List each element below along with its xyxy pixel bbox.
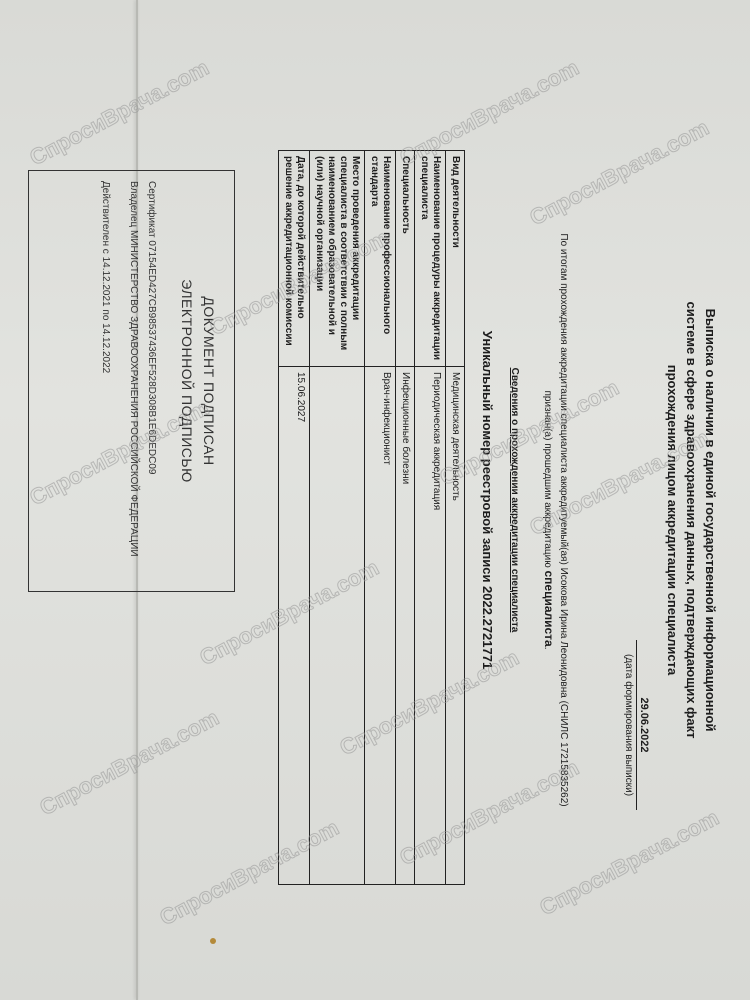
- row-value: Врач-инфекционист: [365, 367, 396, 885]
- table-row: Вид деятельностиМедицинская деятельность: [446, 151, 465, 885]
- signature-line-2: ЭЛЕКТРОННОЙ ПОДПИСЬЮ: [176, 171, 198, 591]
- row-value: Инфекционные болезни: [396, 367, 415, 885]
- row-label: Место проведения аккредитации специалист…: [310, 151, 365, 367]
- row-label: Специальность: [396, 151, 415, 367]
- formation-date: 29.06.2022 (дата формирования выписки): [623, 640, 650, 810]
- row-label: Вид деятельности: [446, 151, 465, 367]
- intro-line-2: признан(а) прошедшим аккредитацию специа…: [540, 150, 556, 890]
- intro-prefix: признан(а) прошедшим аккредитацию: [542, 390, 553, 567]
- table-row: Наименование профессионального стандарта…: [365, 151, 396, 885]
- title-line: прохождения лицом аккредитации специалис…: [663, 250, 682, 790]
- table-row: СпециальностьИнфекционные болезни: [396, 151, 415, 885]
- certificate-validity: Действителен с 14.12.2021 по 14.12.2022: [98, 181, 112, 581]
- row-value: Медицинская деятельность: [446, 367, 465, 885]
- table-row: Наименование процедуры аккредитации спец…: [415, 151, 446, 885]
- document-title: Выписка о наличии в единой государственн…: [663, 250, 720, 790]
- accreditation-table: Вид деятельностиМедицинская деятельность…: [278, 150, 465, 885]
- row-label: Наименование процедуры аккредитации спец…: [415, 151, 446, 367]
- electronic-signature-stamp: ДОКУМЕНТ ПОДПИСАН ЭЛЕКТРОННОЙ ПОДПИСЬЮ С…: [28, 170, 235, 592]
- certificate-number: Сертификат 07154ED427CB98537436EF528D308…: [144, 181, 158, 581]
- table-row: Место проведения аккредитации специалист…: [310, 151, 365, 885]
- intro-line-1: По итогам прохождения аккредитации специ…: [556, 150, 570, 890]
- registry-number: Уникальный номер реестровой записи 2022.…: [480, 300, 495, 700]
- date-value: 29.06.2022: [636, 640, 650, 810]
- document-page: Выписка о наличии в единой государственн…: [0, 0, 750, 1000]
- row-label: Дата, до которой действительно решение а…: [279, 151, 310, 367]
- row-value: 15.06.2027: [279, 367, 310, 885]
- certificate-owner: Владелец МИНИСТЕРСТВО ЗДРАВООХРАНЕНИЯ РО…: [126, 181, 140, 581]
- row-value: Периодическая аккредитация: [415, 367, 446, 885]
- row-label: Наименование профессионального стандарта: [365, 151, 396, 367]
- signature-title: ДОКУМЕНТ ПОДПИСАН ЭЛЕКТРОННОЙ ПОДПИСЬЮ: [176, 171, 220, 591]
- title-line: Выписка о наличии в единой государственн…: [701, 250, 720, 790]
- intro-bold: специалиста: [542, 570, 556, 646]
- date-caption: (дата формирования выписки): [623, 640, 634, 810]
- intro-text: По итогам прохождения аккредитации специ…: [540, 150, 570, 890]
- table-row: Дата, до которой действительно решение а…: [279, 151, 310, 885]
- paper-spot: [210, 938, 216, 944]
- section-heading: Сведения о прохождении аккредитации спец…: [509, 350, 520, 650]
- signature-line-1: ДОКУМЕНТ ПОДПИСАН: [198, 171, 220, 591]
- intro-suffix: .: [542, 647, 553, 650]
- row-value: [310, 367, 365, 885]
- signature-details: Сертификат 07154ED427CB98537436EF528D308…: [98, 181, 158, 581]
- title-line: системе в сфере здравоохранения данных, …: [682, 250, 701, 790]
